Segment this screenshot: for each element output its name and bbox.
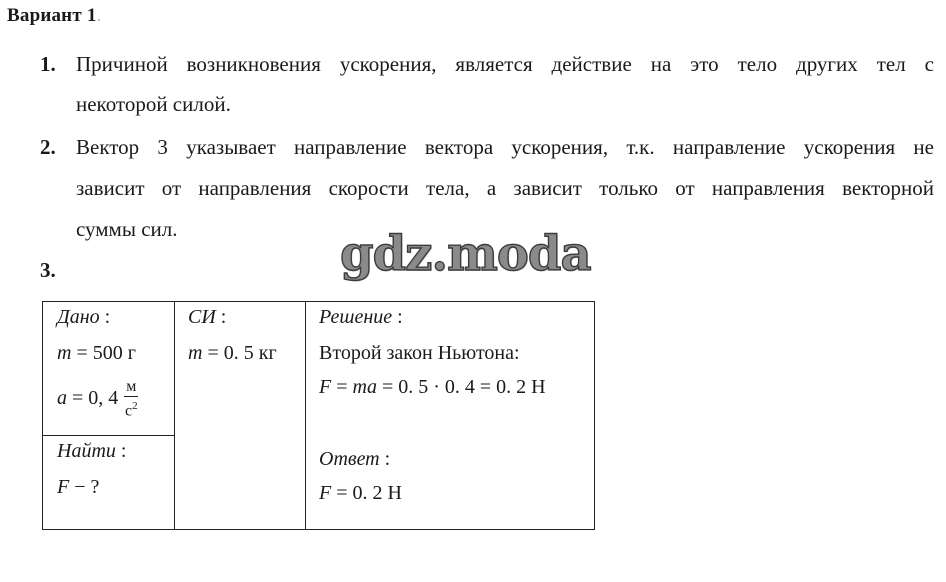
item-line: Причиной возникновения ускорения, являет… bbox=[76, 52, 934, 77]
table-divider bbox=[305, 302, 306, 529]
watermark-logo: gdz.moda bbox=[340, 226, 591, 282]
formula-calculation: = 0. 5 · 0. 4 = 0. 2 Н bbox=[377, 376, 546, 398]
answer-heading: Ответ : bbox=[319, 448, 390, 471]
mass-value: = 500 г bbox=[71, 342, 135, 364]
colon: : bbox=[121, 440, 127, 462]
var-a: a bbox=[57, 387, 67, 409]
var-F: F bbox=[319, 482, 331, 504]
var-F: F bbox=[57, 476, 69, 498]
accel-value: = 0, 4 bbox=[67, 387, 118, 409]
var-m: m bbox=[188, 342, 202, 364]
solution-heading: Решение : bbox=[319, 306, 403, 329]
var-m: m bbox=[57, 342, 71, 364]
colon: : bbox=[385, 448, 391, 470]
unit-numerator: м bbox=[124, 378, 138, 397]
given-heading-text: Дано bbox=[57, 306, 100, 328]
given-heading: Дано : bbox=[57, 306, 110, 329]
solution-table: Дано : m = 500 г a = 0, 4мс2 Найти : F −… bbox=[42, 301, 595, 530]
unit-denominator: с2 bbox=[124, 397, 138, 420]
var-F: F bbox=[319, 376, 331, 398]
answer-value: F = 0. 2 Н bbox=[319, 482, 402, 505]
solution-formula: F = ma = 0. 5 · 0. 4 = 0. 2 Н bbox=[319, 376, 546, 399]
item-line: Вектор 3 указывает направление вектора у… bbox=[76, 135, 934, 160]
item-line: некоторой силой. bbox=[76, 92, 231, 117]
find-unknown: F − ? bbox=[57, 476, 99, 499]
given-mass: m = 500 г bbox=[57, 342, 136, 365]
si-heading-text: СИ bbox=[188, 306, 216, 328]
item-number: 3. bbox=[40, 258, 56, 283]
equals: = bbox=[331, 376, 352, 398]
newton-law-label: Второй закон Ньютона: bbox=[319, 342, 520, 365]
solution-heading-text: Решение bbox=[319, 306, 392, 328]
given-acceleration: a = 0, 4мс2 bbox=[57, 378, 138, 420]
si-mass: m = 0. 5 кг bbox=[188, 342, 277, 365]
title-dot: . bbox=[97, 5, 102, 26]
colon: : bbox=[105, 306, 111, 328]
item-number: 1. bbox=[40, 52, 56, 77]
si-mass-value: = 0. 5 кг bbox=[202, 342, 276, 364]
colon: : bbox=[397, 306, 403, 328]
answer-result: = 0. 2 Н bbox=[331, 482, 402, 504]
page-title: Вариант 1. bbox=[7, 5, 101, 27]
item-number: 2. bbox=[40, 135, 56, 160]
title-text: Вариант 1 bbox=[7, 5, 97, 26]
unknown-mark: − ? bbox=[69, 476, 99, 498]
find-heading-text: Найти bbox=[57, 440, 116, 462]
table-divider bbox=[174, 302, 175, 529]
find-heading: Найти : bbox=[57, 440, 126, 463]
unit-fraction: мс2 bbox=[124, 378, 138, 420]
table-divider bbox=[43, 435, 174, 436]
item-line: суммы сил. bbox=[76, 217, 178, 242]
si-heading: СИ : bbox=[188, 306, 226, 329]
colon: : bbox=[221, 306, 227, 328]
item-line: зависит от направления скорости тела, а … bbox=[76, 176, 934, 201]
answer-heading-text: Ответ bbox=[319, 448, 380, 470]
unit-exponent: 2 bbox=[132, 400, 138, 412]
var-ma: ma bbox=[353, 376, 377, 398]
